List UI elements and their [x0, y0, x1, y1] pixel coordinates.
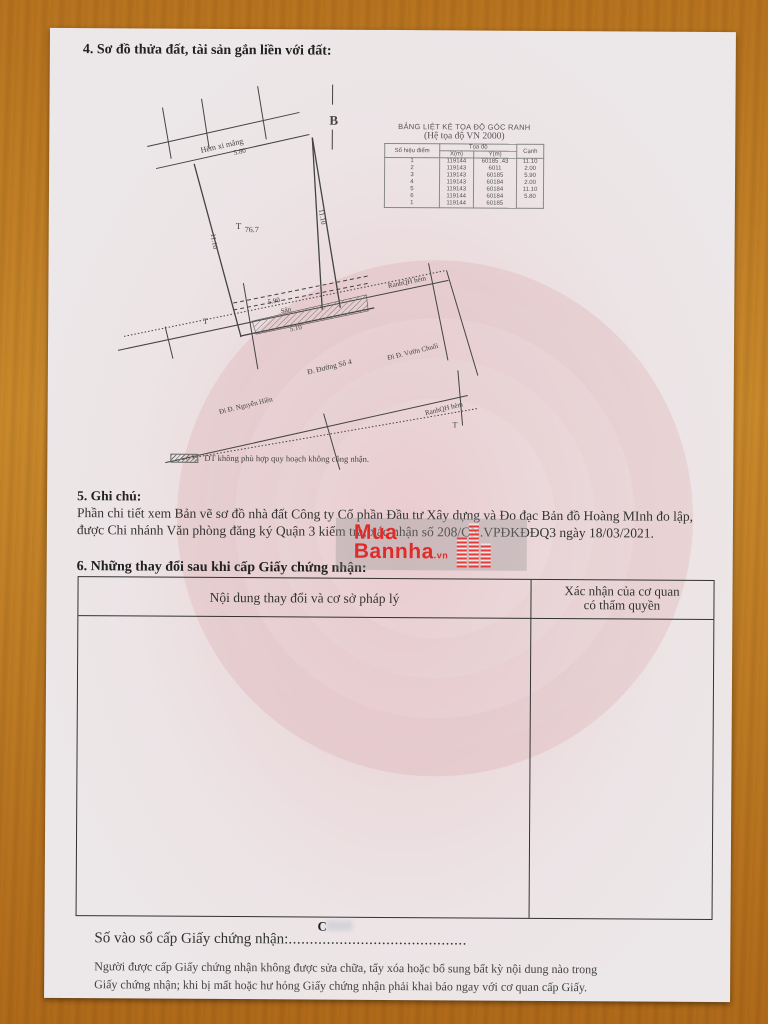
coord-table-subtitle: (Hệ tọa độ VN 2000) [384, 131, 544, 142]
svg-text:RanhQH hẻm: RanhQH hẻm [424, 400, 464, 417]
svg-text:5.10: 5.10 [289, 323, 303, 333]
svg-text:Đi Đ. Vườn Chuối: Đi Đ. Vườn Chuối [387, 342, 440, 362]
svg-text:RanhQH hẻm: RanhQH hẻm [387, 274, 427, 290]
changes-confirmation-header: Xác nhận của cơ quan có thẩm quyền [530, 584, 713, 613]
parcel-area: 76.7 [245, 225, 259, 234]
redacted-blur [326, 921, 352, 931]
parcel-diagram: B Hẻm xi măng 5.80 T 76.7 11.10 11.10 Sâ… [47, 28, 736, 472]
svg-text:11.10: 11.10 [317, 209, 328, 226]
hatch-swatch-icon [170, 453, 198, 462]
building-icon [456, 521, 496, 567]
svg-text:T: T [203, 317, 208, 326]
road-label: Đ. Đường Số 4 [306, 357, 353, 377]
registration-number: Số vào sổ cấp Giấy chứng nhận:..........… [94, 930, 467, 949]
changes-content-header: Nội dung thay đổi và cơ sở pháp lý [78, 589, 530, 608]
svg-text:11.10: 11.10 [209, 233, 220, 250]
svg-text:5.80: 5.80 [233, 146, 247, 157]
watermark-logo: Mua Bannha.vn [336, 518, 527, 571]
parcel-land-type: T [236, 221, 242, 231]
svg-text:T: T [453, 420, 458, 429]
certificate-page: 4. Sơ đồ thửa đất, tài sản gắn liền với … [44, 28, 736, 1002]
svg-text:Đi Đ. Nguyễn Hiền: Đi Đ. Nguyễn Hiền [218, 395, 274, 416]
coord-table-row: 111914460185 [384, 200, 543, 208]
legend: DT không phù hợp quy hoạch không công nh… [170, 453, 369, 464]
warning-notice: Người được cấp Giấy chứng nhận không đượ… [94, 957, 704, 997]
legend-text: DT không phù hợp quy hoạch không công nh… [204, 453, 369, 464]
coordinate-table: BẢNG LIỆT KÊ TỌA ĐỘ GÓC RANH (Hệ tọa độ … [384, 122, 545, 209]
section-6-title: 6. Những thay đổi sau khi cấp Giấy chứng… [77, 559, 367, 577]
coord-table-title: BẢNG LIỆT KÊ TỌA ĐỘ GÓC RANH [384, 122, 544, 132]
north-label: B [329, 113, 338, 128]
changes-table: Nội dung thay đổi và cơ sở pháp lý Xác n… [76, 576, 715, 920]
